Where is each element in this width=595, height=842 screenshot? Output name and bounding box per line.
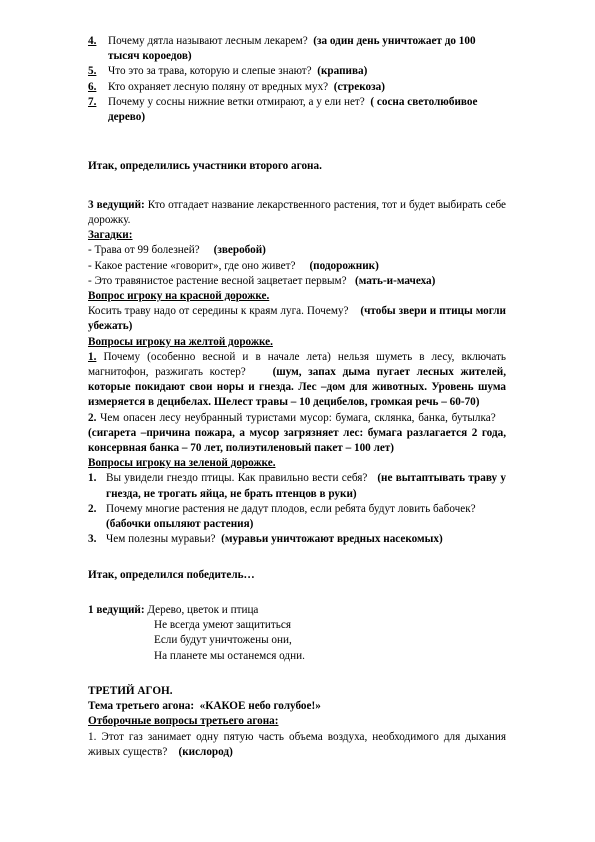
question-number: 1. [88,471,106,501]
blank-line [88,664,506,679]
poem-line: Если будут уничтожены они, [88,633,506,648]
answer-text: (муравьи уничтожают вредных насекомых) [221,533,443,545]
question-item: 4. Почему дятла называют лесным лекарем?… [88,34,506,64]
riddle-answer: (зверобой) [214,244,266,256]
yellow-path-question: 1. Почему (особенно весной и в начале ле… [88,350,506,411]
question-text: Косить траву надо от середины к краям лу… [88,305,349,317]
question-number: 6. [88,80,108,95]
blank-line [88,175,506,190]
question-text: Кто охраняет лесную поляну от вредных му… [108,81,328,93]
poem-line: Не всегда умеют защититься [88,618,506,633]
question-item: 6. Кто охраняет лесную поляну от вредных… [88,80,506,95]
question-text: Почему у сосны нижние ветки отмирают, а … [108,96,365,108]
yellow-path-question: 2. Чем опасен лесу неубранный туристами … [88,411,506,457]
green-path-question: 2. Почему многие растения не дадут плодо… [88,502,506,532]
theme-value: «КАКОЕ небо голубое!» [200,700,321,712]
riddle-item: - Трава от 99 болезней? (зверобой) [88,243,506,258]
host3-paragraph: 3 ведущий: Кто отгадает название лекарст… [88,198,506,228]
answer-text: (бабочки опыляют растения) [106,518,253,530]
question-item: 7. Почему у сосны нижние ветки отмирают,… [88,95,506,125]
red-path-heading: Вопрос игроку на красной дорожке. [88,289,506,304]
question-number: 7. [88,95,108,125]
red-path-question: Косить траву надо от середины к краям лу… [88,304,506,334]
third-agon-title: ТРЕТИЙ АГОН. [88,684,506,699]
host3-label: 3 ведущий: [88,199,145,211]
poem-line: 1 ведущий: Дерево, цветок и птица [88,603,506,618]
riddle-question: - Это травянистое растение весной зацвет… [88,275,347,287]
third-agon-question: 1. Этот газ занимает одну пятую часть об… [88,730,506,760]
question-text: Вы увидели гнездо птицы. Как правильно в… [106,472,367,484]
winner-intro: Итак, определился победитель… [88,568,506,583]
green-path-heading: Вопросы игроку на зеленой дорожке. [88,456,506,471]
poem-line: На планете мы останемся одни. [88,649,506,664]
blank-line [88,125,506,140]
question-number: 2. [88,502,106,532]
question-number: 5. [88,64,108,79]
poem-text: Дерево, цветок и птица [147,604,258,616]
question-item: 5. Что это за трава, которую и слепые зн… [88,64,506,79]
second-agon-intro: Итак, определились участники второго аго… [88,159,506,174]
host1-label: 1 ведущий: [88,604,145,616]
question-text: Чем полезны муравьи? [106,533,216,545]
blank-line [88,140,506,159]
question-number: 4. [88,34,108,64]
question-text: Что это за трава, которую и слепые знают… [108,65,312,77]
answer-text: (крапива) [317,65,367,77]
riddle-item: - Какое растение «говорит», где оно живе… [88,259,506,274]
question-text: Этот газ занимает одну пятую часть объем… [88,731,506,758]
question-number: 2. [88,412,96,424]
blank-line [88,190,506,198]
question-number: 1. [88,351,96,363]
question-text: Чем опасен лесу неубранный туристами мус… [100,412,496,424]
qualifying-heading: Отборочные вопросы третьего агона: [88,714,506,729]
answer-text: (сигарета –причина пожара, а мусор загря… [88,427,506,454]
host3-text: Кто отгадает название лекарственного рас… [88,199,506,226]
host1-poem: 1 ведущий: Дерево, цветок и птица Не все… [88,603,506,664]
riddle-answer: (мать-и-мачеха) [355,275,435,287]
answer-text: (стрекоза) [334,81,385,93]
answer-text: (кислород) [178,746,232,758]
green-path-question: 1. Вы увидели гнездо птицы. Как правильн… [88,471,506,501]
question-number: 1. [88,731,96,743]
green-path-question: 3. Чем полезны муравьи? (муравьи уничтож… [88,532,506,547]
third-agon-theme: Тема третьего агона: «КАКОЕ небо голубое… [88,699,506,714]
yellow-path-heading: Вопросы игроку на желтой дорожке. [88,335,506,350]
riddle-answer: (подорожник) [309,260,378,272]
first-agon-question-list: 4. Почему дятла называют лесным лекарем?… [88,34,506,125]
blank-line [88,583,506,598]
question-number: 3. [88,532,106,547]
theme-label: Тема третьего агона: [88,700,194,712]
riddle-item: - Это травянистое растение весной зацвет… [88,274,506,289]
riddle-question: - Какое растение «говорит», где оно живе… [88,260,295,272]
question-text: Почему дятла называют лесным лекарем? [108,35,308,47]
riddles-heading: Загадки: [88,228,506,243]
question-text: Почему многие растения не дадут плодов, … [106,503,476,515]
document-page: 4. Почему дятла называют лесным лекарем?… [88,34,506,760]
blank-line [88,547,506,562]
riddle-question: - Трава от 99 болезней? [88,244,200,256]
